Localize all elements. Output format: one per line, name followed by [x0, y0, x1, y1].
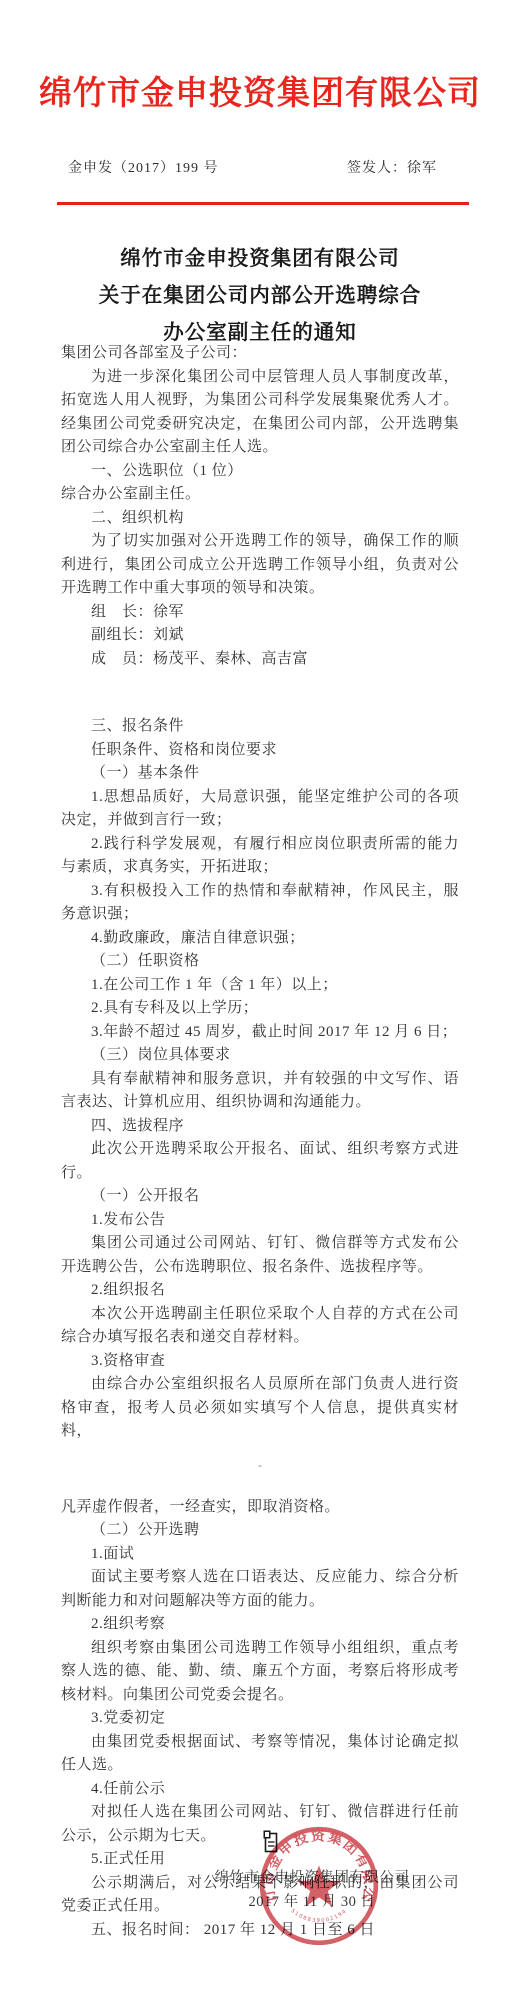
paragraph: 凡弄虚作假者，一经查实，即取消资格。 — [61, 1496, 459, 1520]
paragraph: 具有奉献精神和服务意识，并有较强的中文写作、语言表达、计算机应用、组织协调和沟通… — [61, 1068, 459, 1115]
paragraph: 3.年龄不超过 45 周岁，截止时间 2017 年 12 月 6 日； — [61, 1021, 459, 1045]
page-separator-dash: - — [61, 1444, 459, 1478]
paragraph: 此次公开选聘采取公开报名、面试、组织考察方式进行。 — [61, 1138, 459, 1185]
issuer: 签发人：徐军 — [347, 157, 437, 177]
paragraph: 1.思想品质好，大局意识强，能坚定维护公司的各项决定，并做到言行一致； — [61, 786, 459, 833]
paragraph: （二）公开选聘 — [61, 1519, 459, 1543]
paragraph: 综合办公室副主任。 — [61, 483, 459, 507]
company-seal-stamp: 绵竹市金申投资集团有限公司 5108839002194 — [257, 1824, 381, 1948]
paragraph: 2.践行科学发展观，有履行相应岗位职责所需的能力与素质，求真务实，开拓进取； — [61, 833, 459, 880]
red-header-org-name: 绵竹市金申投资集团有限公司 — [0, 72, 520, 116]
paragraph: 1.在公司工作 1 年（含 1 年）以上； — [61, 974, 459, 998]
doc-number-row: 金申发（2017）199 号 签发人：徐军 — [0, 157, 520, 177]
paragraph: 集团公司通过公司网站、钉钉、微信群等方式发布公开选聘公告，公布选聘职位、报名条件… — [61, 1232, 459, 1279]
paragraph: （一）公开报名 — [61, 1185, 459, 1209]
paragraph: 组 长：徐军 — [61, 601, 459, 625]
document-title: 绵竹市金申投资集团有限公司 关于在集团公司内部公开选聘综合 办公室副主任的通知 — [0, 241, 520, 352]
paragraph: 3.资格审查 — [61, 1350, 459, 1374]
seal-code-text: 5108839002194 — [290, 1908, 349, 1924]
paragraph: 二、组织机构 — [61, 507, 459, 531]
paragraph: 组织考察由集团公司选聘工作领导小组组织，重点考察人选的德、能、勤、绩、廉五个方面… — [61, 1637, 459, 1708]
paragraph: （二）任职资格 — [61, 950, 459, 974]
paragraph: 2.组织考察 — [61, 1613, 459, 1637]
paragraph: 3.有积极投入工作的热情和奉献精神，作风民主，服务意识强； — [61, 880, 459, 927]
issuer-name: 徐军 — [407, 161, 437, 176]
page-break-gap: - — [61, 1444, 459, 1496]
paragraph: 一、公选职位（1 位） — [61, 460, 459, 484]
paragraph: 任职条件、资格和岗位要求 — [61, 739, 459, 763]
paragraph: 由综合办公室组织报名人员原所在部门负责人进行资格审查，报考人员必须如实填写个人信… — [61, 1373, 459, 1444]
doc-number: 金申发（2017）199 号 — [68, 157, 219, 177]
document-title-line: 关于在集团公司内部公开选聘综合 — [0, 278, 520, 315]
document-body: 集团公司各部室及子公司：为进一步深化集团公司中层管理人员人事制度改革，拓宽选人用… — [61, 342, 459, 1942]
paragraph: 为了切实加强对公开选聘工作的领导，确保工作的顺利进行，集团公司成立公开选聘工作领… — [61, 530, 459, 601]
red-separator-line — [57, 202, 469, 205]
issuer-label: 签发人： — [347, 161, 407, 176]
paragraph: 1.面试 — [61, 1543, 459, 1567]
paragraph: 本次公开选聘副主任职位采取个人自荐的方式在公司综合办填写报名表和递交自荐材料。 — [61, 1303, 459, 1350]
paragraph: 由集团党委根据面试、考察等情况，集体讨论确定拟任人选。 — [61, 1731, 459, 1778]
paragraph: （一）基本条件 — [61, 762, 459, 786]
paragraph: 4.任前公示 — [61, 1778, 459, 1802]
paragraph: 三、报名条件 — [61, 715, 459, 739]
paragraph: 面试主要考察人选在口语表达、反应能力、综合分析判断能力和对问题解决等方面的能力。 — [61, 1566, 459, 1613]
paragraph: 3.党委初定 — [61, 1707, 459, 1731]
paragraph: 为进一步深化集团公司中层管理人员人事制度改革，拓宽选人用人视野，为集团公司科学发… — [61, 366, 459, 460]
paragraph: 4.勤政廉政，廉洁自律意识强； — [61, 927, 459, 951]
document-title-line: 绵竹市金申投资集团有限公司 — [0, 241, 520, 278]
paragraph: 2.组织报名 — [61, 1279, 459, 1303]
paragraph: 四、选拔程序 — [61, 1115, 459, 1139]
seal-star-icon — [297, 1865, 340, 1906]
page-break-gap — [61, 671, 459, 715]
paragraph: 成 员：杨茂平、秦林、高吉富 — [61, 648, 459, 672]
paragraph: 2.具有专科及以上学历； — [61, 997, 459, 1021]
paragraph: 副组长：刘斌 — [61, 624, 459, 648]
official-document-page: 绵竹市金申投资集团有限公司 金申发（2017）199 号 签发人：徐军 绵竹市金… — [0, 0, 520, 2004]
paragraph: 1.发布公告 — [61, 1209, 459, 1233]
paragraph: （三）岗位具体要求 — [61, 1044, 459, 1068]
paragraph: 集团公司各部室及子公司： — [61, 342, 459, 366]
